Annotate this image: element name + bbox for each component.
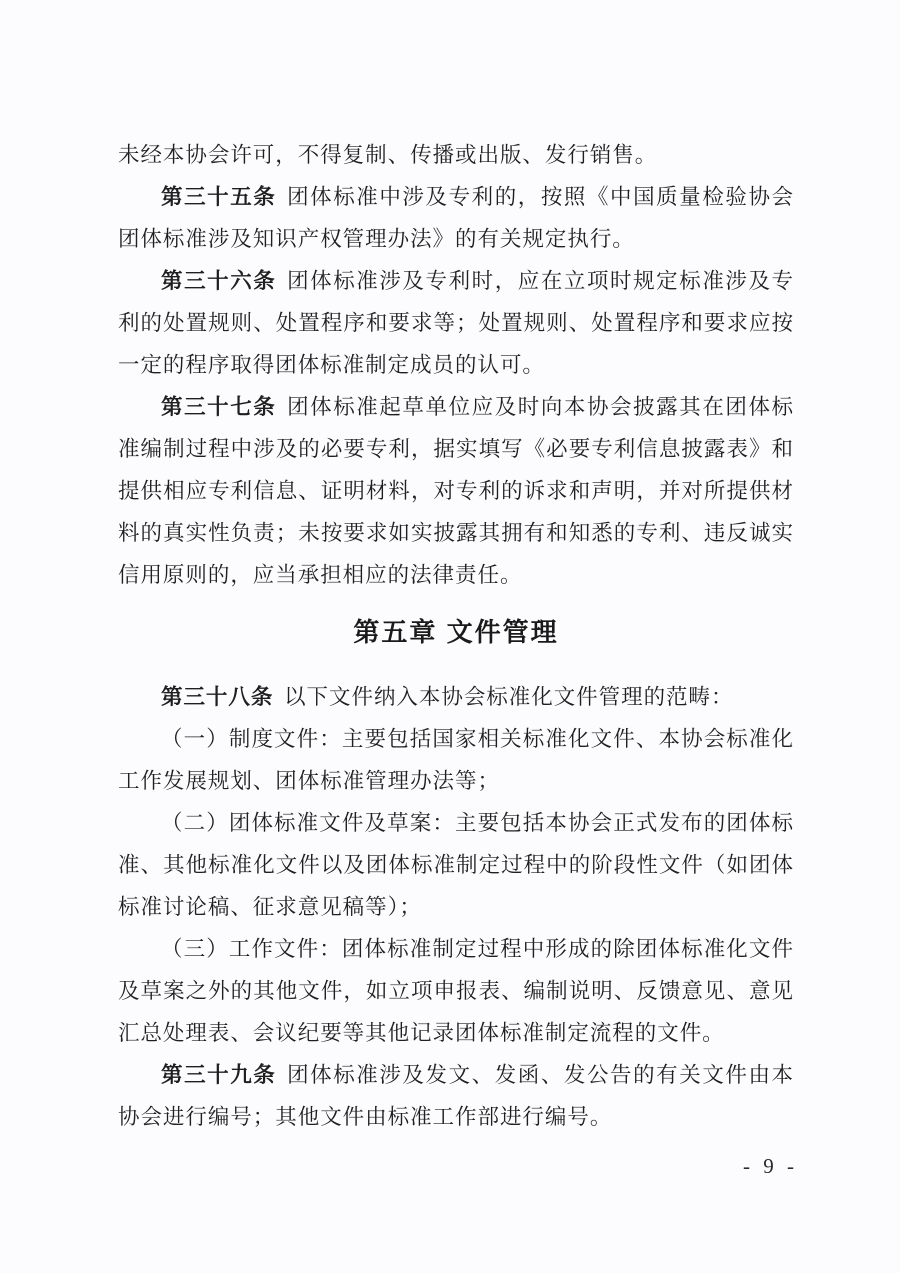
document-content: 未经本协会许可，不得复制、传播或出版、发行销售。 第三十五条团体标准中涉及专利的… xyxy=(118,134,794,1138)
paragraph-continuation: 未经本协会许可，不得复制、传播或出版、发行销售。 xyxy=(118,134,794,176)
paragraph-item-3: （三）工作文件：团体标准制定过程中形成的除团体标准化文件及草案之外的其他文件，如… xyxy=(118,928,794,1054)
paragraph-text: 团体标准起草单位应及时向本协会披露其在团体标准编制过程中涉及的必要专利，据实填写… xyxy=(118,395,794,587)
paragraph-text: （三）工作文件：团体标准制定过程中形成的除团体标准化文件及草案之外的其他文件，如… xyxy=(118,937,794,1045)
paragraph-item-1: （一）制度文件：主要包括国家相关标准化文件、本协会标准化工作发展规划、团体标准管… xyxy=(118,718,794,802)
paragraph-article-35: 第三十五条团体标准中涉及专利的，按照《中国质量检验协会团体标准涉及知识产权管理办… xyxy=(118,176,794,260)
article-number: 第三十六条 xyxy=(161,269,276,293)
chapter-heading: 第五章 文件管理 xyxy=(118,614,794,650)
paragraph-text: （一）制度文件：主要包括国家相关标准化文件、本协会标准化工作发展规划、团体标准管… xyxy=(118,727,794,793)
article-number: 第三十七条 xyxy=(161,395,276,419)
paragraph-text: （二）团体标准文件及草案：主要包括本协会正式发布的团体标准、其他标准化文件以及团… xyxy=(118,811,794,919)
article-number: 第三十五条 xyxy=(161,185,276,209)
paragraph-article-39: 第三十九条团体标准涉及发文、发函、发公告的有关文件由本协会进行编号；其他文件由标… xyxy=(118,1054,794,1138)
paragraph-article-36: 第三十六条团体标准涉及专利时，应在立项时规定标准涉及专利的处置规则、处置程序和要… xyxy=(118,260,794,386)
paragraph-text: 未经本协会许可，不得复制、传播或出版、发行销售。 xyxy=(118,143,657,167)
paragraph-article-38: 第三十八条以下文件纳入本协会标准化文件管理的范畴： xyxy=(118,676,794,718)
article-number: 第三十八条 xyxy=(161,685,273,709)
paragraph-item-2: （二）团体标准文件及草案：主要包括本协会正式发布的团体标准、其他标准化文件以及团… xyxy=(118,802,794,928)
paragraph-article-37: 第三十七条团体标准起草单位应及时向本协会披露其在团体标准编制过程中涉及的必要专利… xyxy=(118,386,794,596)
document-page: 未经本协会许可，不得复制、传播或出版、发行销售。 第三十五条团体标准中涉及专利的… xyxy=(0,0,900,1273)
article-number: 第三十九条 xyxy=(161,1063,276,1087)
page-number: - 9 - xyxy=(743,1154,798,1179)
paragraph-text: 以下文件纳入本协会标准化文件管理的范畴： xyxy=(284,685,733,709)
